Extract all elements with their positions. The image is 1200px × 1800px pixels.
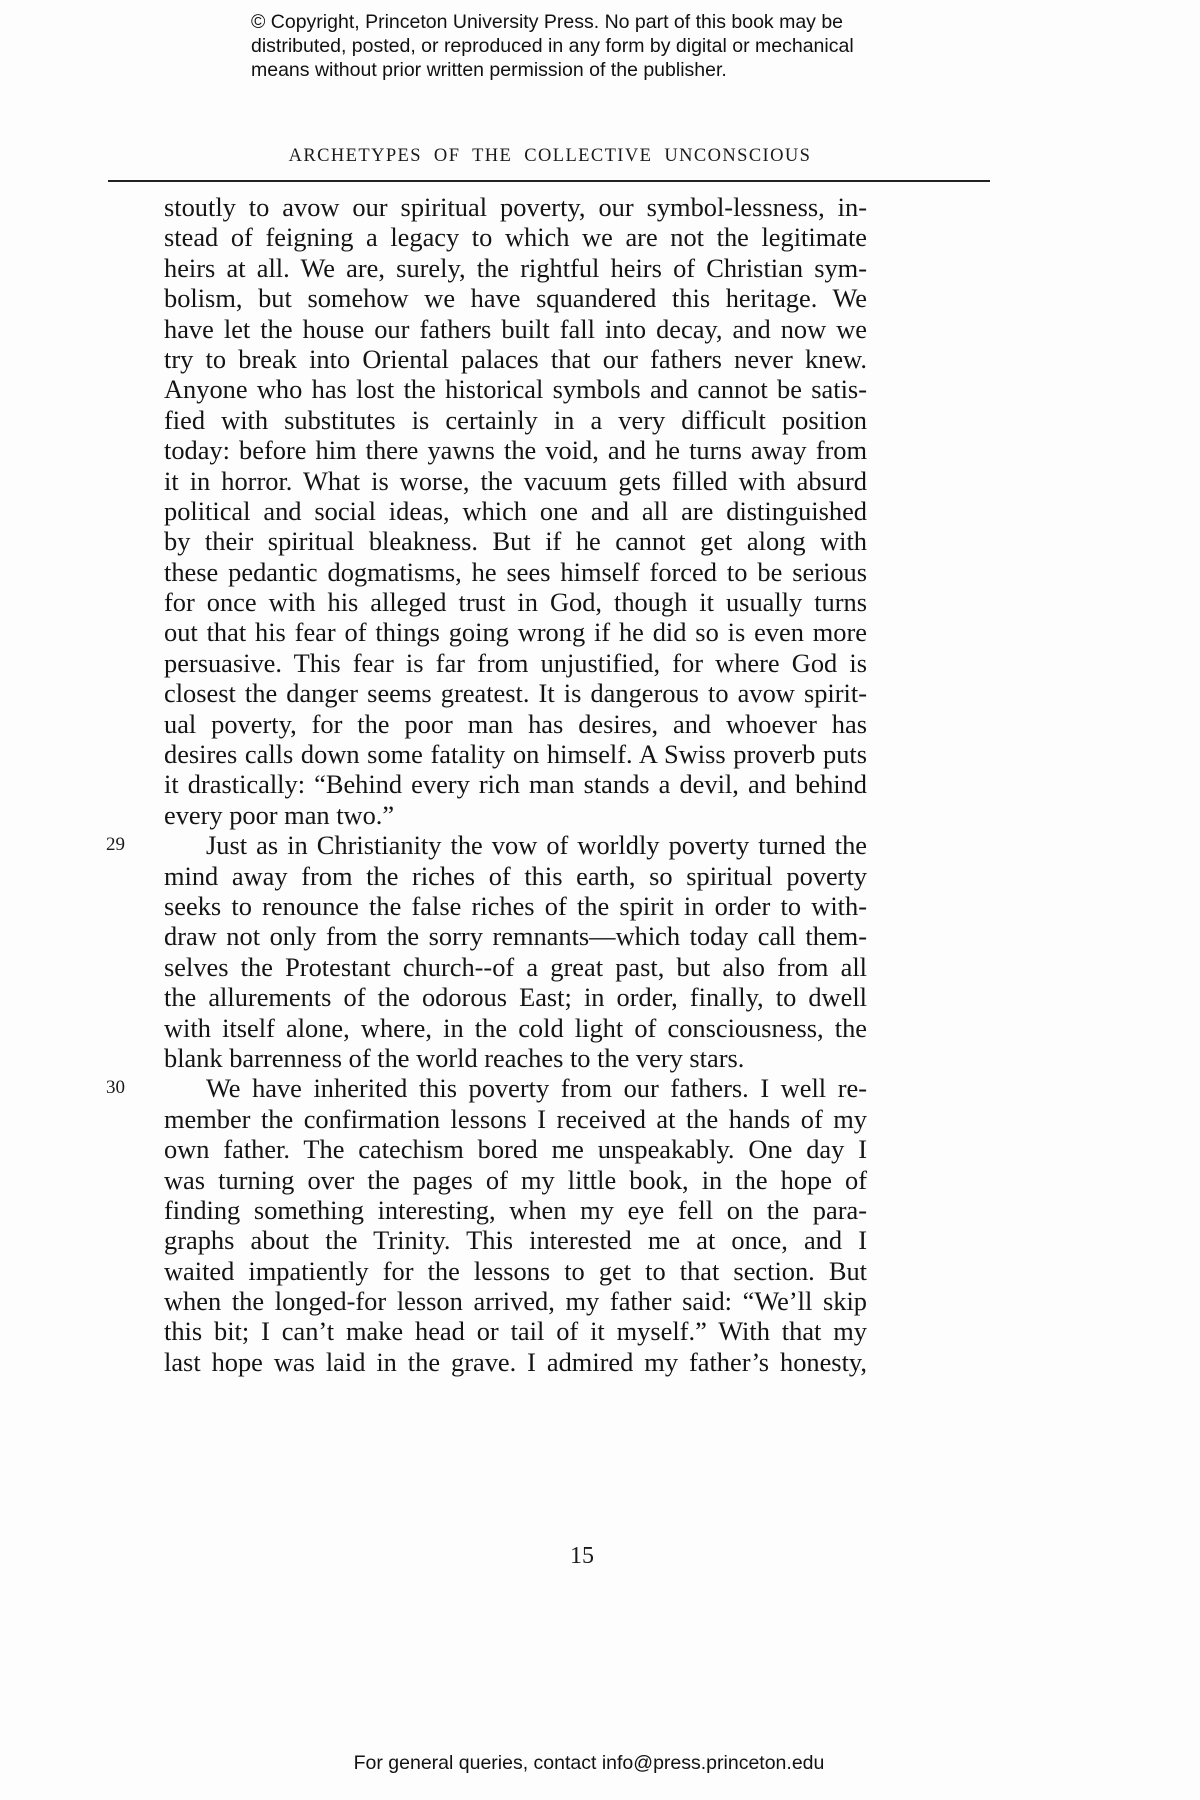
text-line: was turning over the pages of my little … xyxy=(164,1165,867,1195)
paragraph-number: 30 xyxy=(106,1073,125,1103)
text-line: heirs at all. We are, surely, the rightf… xyxy=(164,253,867,283)
text-line: these pedantic dogmatisms, he sees himse… xyxy=(164,557,867,587)
text-line: Anyone who has lost the historical symbo… xyxy=(164,374,867,404)
line-text: We have inherited this poverty from our … xyxy=(206,1073,867,1103)
line-text: stead of feigning a legacy to which we a… xyxy=(164,222,867,252)
line-text: ual poverty, for the poor man has desire… xyxy=(164,709,867,739)
text-line: closest the danger seems greatest. It is… xyxy=(164,678,867,708)
text-line: stoutly to avow our spiritual poverty, o… xyxy=(164,192,867,222)
line-text: these pedantic dogmatisms, he sees himse… xyxy=(164,557,867,587)
text-line: when the longed-for lesson arrived, my f… xyxy=(164,1286,867,1316)
copyright-line: © Copyright, Princeton University Press.… xyxy=(251,10,971,34)
line-text: member the confirmation lessons I receiv… xyxy=(164,1104,867,1134)
line-text: last hope was laid in the grave. I admir… xyxy=(164,1347,867,1377)
text-line: bolism, but somehow we have squandered t… xyxy=(164,283,867,313)
line-text: closest the danger seems greatest. It is… xyxy=(164,678,867,708)
footer-contact-text: For general queries, contact info@press.… xyxy=(354,1752,825,1774)
line-text: graphs about the Trinity. This intereste… xyxy=(164,1225,867,1255)
text-line: own father. The catechism bored me unspe… xyxy=(164,1134,867,1164)
paragraph-number: 29 xyxy=(106,830,125,860)
text-line: for once with his alleged trust in God, … xyxy=(164,587,867,617)
text-line: ual poverty, for the poor man has desire… xyxy=(164,709,867,739)
line-text: every poor man two.” xyxy=(164,800,394,830)
text-line: waited impatiently for the lessons to ge… xyxy=(164,1256,867,1286)
line-text: was turning over the pages of my little … xyxy=(164,1165,867,1195)
line-text: it drastically: “Behind every rich man s… xyxy=(164,769,867,799)
line-text: by their spiritual bleakness. But if he … xyxy=(164,526,867,556)
line-text: seeks to renounce the false riches of th… xyxy=(164,891,867,921)
line-text: selves the Protestant church--of a great… xyxy=(164,952,867,982)
line-text: draw not only from the sorry remnants—wh… xyxy=(164,921,867,951)
copyright-notice: © Copyright, Princeton University Press.… xyxy=(251,10,971,82)
text-line: this bit; I can’t make head or tail of i… xyxy=(164,1316,867,1346)
text-line: stead of feigning a legacy to which we a… xyxy=(164,222,867,252)
header-rule xyxy=(108,180,990,182)
text-line: last hope was laid in the grave. I admir… xyxy=(164,1347,867,1377)
line-text: desires calls down some fatality on hims… xyxy=(164,739,867,769)
line-text: try to break into Oriental palaces that … xyxy=(164,344,867,374)
text-line: selves the Protestant church--of a great… xyxy=(164,952,867,982)
text-line: political and social ideas, which one an… xyxy=(164,496,867,526)
text-line: mind away from the riches of this earth,… xyxy=(164,861,867,891)
line-text: political and social ideas, which one an… xyxy=(164,496,867,526)
text-line: desires calls down some fatality on hims… xyxy=(164,739,867,769)
line-text: fied with substitutes is certainly in a … xyxy=(164,405,867,435)
line-text: waited impatiently for the lessons to ge… xyxy=(164,1256,867,1286)
text-line: 30We have inherited this poverty from ou… xyxy=(164,1073,867,1103)
line-text: heirs at all. We are, surely, the rightf… xyxy=(164,253,867,283)
text-line: member the confirmation lessons I receiv… xyxy=(164,1104,867,1134)
body-text: stoutly to avow our spiritual poverty, o… xyxy=(164,192,867,1377)
line-text: when the longed-for lesson arrived, my f… xyxy=(164,1286,867,1316)
line-text: for once with his alleged trust in God, … xyxy=(164,587,867,617)
line-text: finding something interesting, when my e… xyxy=(164,1195,867,1225)
line-text: have let the house our fathers built fal… xyxy=(164,314,867,344)
line-text: Anyone who has lost the historical symbo… xyxy=(164,374,867,404)
text-line: it in horror. What is worse, the vacuum … xyxy=(164,466,867,496)
text-line: finding something interesting, when my e… xyxy=(164,1195,867,1225)
text-line: fied with substitutes is certainly in a … xyxy=(164,405,867,435)
text-line: the allurements of the odorous East; in … xyxy=(164,982,867,1012)
text-line: graphs about the Trinity. This intereste… xyxy=(164,1225,867,1255)
text-line: 29Just as in Christianity the vow of wor… xyxy=(164,830,867,860)
text-line: it drastically: “Behind every rich man s… xyxy=(164,769,867,799)
line-text: persuasive. This fear is far from unjust… xyxy=(164,648,867,678)
line-text: today: before him there yawns the void, … xyxy=(164,435,867,465)
line-text: the allurements of the odorous East; in … xyxy=(164,982,867,1012)
text-line: with itself alone, where, in the cold li… xyxy=(164,1013,867,1043)
line-text: stoutly to avow our spiritual poverty, o… xyxy=(164,192,867,222)
text-line: today: before him there yawns the void, … xyxy=(164,435,867,465)
footer: For general queries, contact info@press.… xyxy=(0,1752,1200,1775)
line-text: Just as in Christianity the vow of world… xyxy=(206,830,867,860)
text-line: seeks to renounce the false riches of th… xyxy=(164,891,867,921)
line-text: out that his fear of things going wrong … xyxy=(164,617,867,647)
page-number: 15 xyxy=(0,1543,1200,1570)
text-line: draw not only from the sorry remnants—wh… xyxy=(164,921,867,951)
text-line: have let the house our fathers built fal… xyxy=(164,314,867,344)
text-line: every poor man two.” xyxy=(164,800,867,830)
text-line: blank barrenness of the world reaches to… xyxy=(164,1043,867,1073)
text-line: by their spiritual bleakness. But if he … xyxy=(164,526,867,556)
line-text: bolism, but somehow we have squandered t… xyxy=(164,283,867,313)
line-text: blank barrenness of the world reaches to… xyxy=(164,1043,744,1073)
line-text: it in horror. What is worse, the vacuum … xyxy=(164,466,867,496)
text-line: try to break into Oriental palaces that … xyxy=(164,344,867,374)
text-line: persuasive. This fear is far from unjust… xyxy=(164,648,867,678)
page-number-text: 15 xyxy=(570,1543,594,1569)
line-text: mind away from the riches of this earth,… xyxy=(164,861,867,891)
text-line: out that his fear of things going wrong … xyxy=(164,617,867,647)
line-text: own father. The catechism bored me unspe… xyxy=(164,1134,867,1164)
copyright-line: means without prior written permission o… xyxy=(251,58,971,82)
copyright-line: distributed, posted, or reproduced in an… xyxy=(251,34,971,58)
running-head: ARCHETYPES OF THE COLLECTIVE UNCONSCIOUS xyxy=(110,146,990,167)
line-text: with itself alone, where, in the cold li… xyxy=(164,1013,867,1043)
line-text: this bit; I can’t make head or tail of i… xyxy=(164,1316,867,1346)
